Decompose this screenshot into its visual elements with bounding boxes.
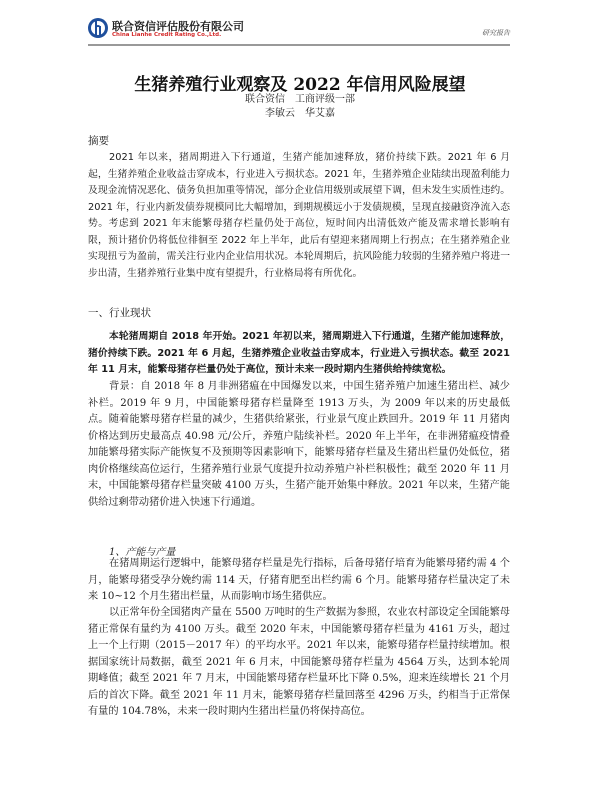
- document-title: 生猪养殖行业观察及 2022 年信用风险展望: [0, 70, 600, 95]
- report-header: 联合资信评估股份有限公司 China Lianhe Credit Rating …: [88, 16, 510, 46]
- authors-block: 联合资信 工商评级一部 李敏云 华艾嘉: [0, 93, 600, 121]
- abstract-heading: 摘要: [88, 133, 109, 148]
- section-heading-industry-status: 一、行业现状: [88, 305, 151, 320]
- capacity-paragraph-1: 在猪周期运行逻辑中，能繁母猪存栏量是先行指标，后备母猪仔培育为能繁母猪约需 4 …: [88, 556, 510, 606]
- capacity-paragraph-2: 以正常年份全国猪肉产量在 5500 万吨时的生产数据为参照，农业农村部设定全国能…: [88, 605, 510, 721]
- header-divider: [88, 44, 510, 46]
- background-paragraph: 背景：自 2018 年 8 月非洲猪瘟在中国爆发以来，中国生猪养殖户加速生猪出栏…: [88, 379, 510, 511]
- author-names: 李敏云 华艾嘉: [0, 107, 600, 121]
- key-finding-paragraph: 本轮猪周期自 2018 年开始。2021 年初以来，猪周期进入下行通道，生猪产能…: [88, 329, 510, 379]
- department-line: 联合资信 工商评级一部: [0, 93, 600, 107]
- lianhe-logo-icon: [88, 18, 108, 38]
- report-type-label: 研究报告: [482, 28, 510, 38]
- company-name-en: China Lianhe Credit Rating Co.,Ltd.: [112, 32, 221, 38]
- abstract-paragraph: 2021 年以来，猪周期进入下行通道，生猪产能加速释放，猪价持续下跌。2021 …: [88, 150, 510, 282]
